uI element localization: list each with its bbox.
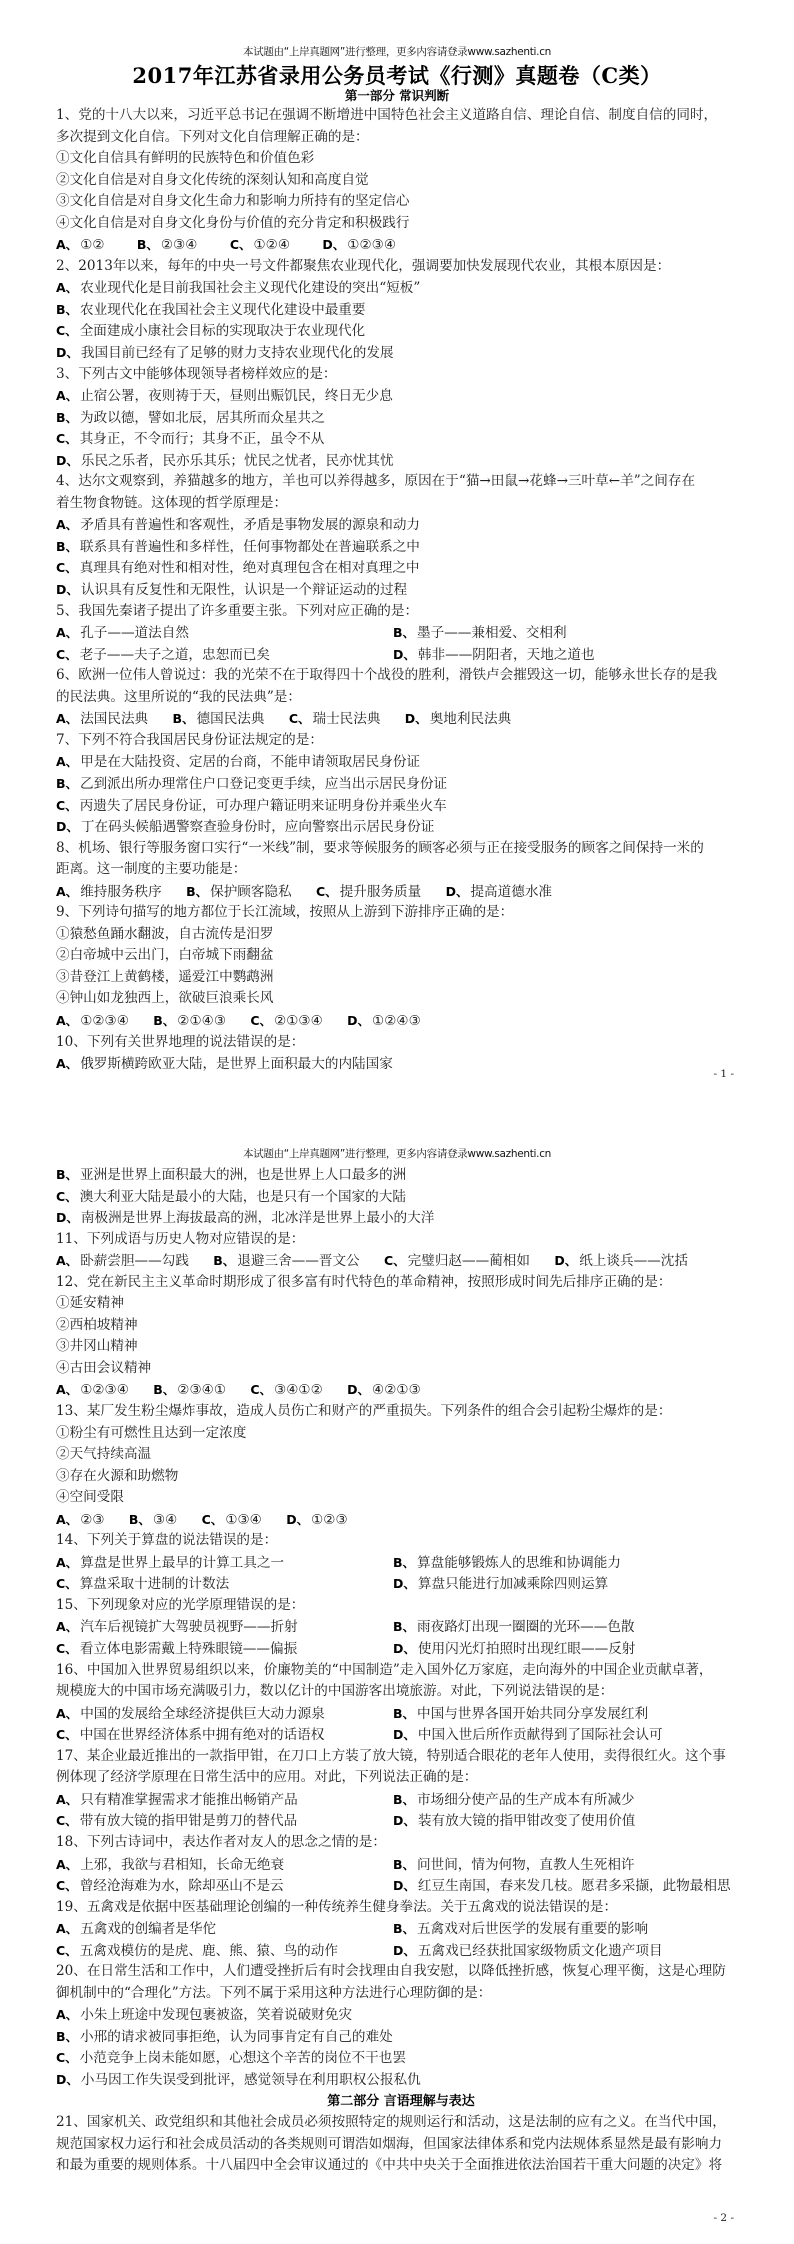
option-b: B、乙到派出所办理常住户口登记变更手续，应当出示居民身份证 (56, 773, 746, 795)
option-c: C、②①③④ (250, 1010, 322, 1033)
question-stem: 17、某企业最近推出的一款指甲钳，在刀口上方装了放大镜，特别适合眼花的老年人使用… (56, 1746, 746, 1768)
page-1: 本试题由“上岸真题网”进行整理，更多内容请登录www.sazhenti.cn 2… (0, 0, 794, 1122)
question-stem: 5、我国先秦诸子提出了许多重要主张。下列对应正确的是： (56, 601, 746, 623)
statement-item: ③昔登江上黄鹤楼，遥爱江中鹦鹉洲 (56, 967, 746, 989)
option-a: A、①②③④ (56, 1010, 129, 1033)
option-b: B、德国民法典 (172, 708, 264, 731)
option-b: B、②③④① (153, 1379, 226, 1402)
question-stem: 3、下列古文中能够体现领导者榜样效应的是： (56, 364, 746, 386)
statement-item: ②天气持续高温 (56, 1444, 746, 1466)
question-stem: 14、下列关于算盘的说法错误的是： (56, 1530, 746, 1552)
option-b: B、算盘能够锻炼人的思维和协调能力 (393, 1552, 730, 1574)
option-a: A、矛盾具有普遍性和客观性，矛盾是事物发展的源泉和动力 (56, 514, 746, 536)
site-header-note: 本试题由“上岸真题网”进行整理，更多内容请登录www.sazhenti.cn (0, 44, 794, 59)
question-stem: 的民法典。这里所说的“我的民法典”是： (56, 687, 746, 709)
options-row: A、中国的发展给全球经济提供巨大动力源泉 B、中国与世界各国开始共同分享发展红利 (56, 1703, 746, 1725)
question-18: 18、下列古诗词中，表达作者对友人的思念之情的是： A、上邪，我欲与君相知，长命… (56, 1832, 746, 1897)
option-a: A、俄罗斯横跨欧亚大陆，是世界上面积最大的内陆国家 (56, 1053, 746, 1075)
statement-item: ①粉尘有可燃性且达到一定浓度 (56, 1423, 746, 1445)
options-row: C、带有放大镜的指甲钳是剪刀的替代品 D、装有放大镜的指甲钳改变了使用价值 (56, 1810, 746, 1832)
statement-item: ②白帝城中云出门，白帝城下雨翻盆 (56, 945, 746, 967)
passage-line: 规范国家权力运行和社会成员活动的各类规则可谓浩如烟海，但国家法律体系和党内法规体… (56, 2134, 746, 2156)
question-stem: 2、2013年以来，每年的中央一号文件都聚焦农业现代化，强调要加快发展现代农业，… (56, 256, 746, 278)
question-3: 3、下列古文中能够体现领导者榜样效应的是： A、止宿公署，夜则祷于天，昼则出赈饥… (56, 364, 746, 472)
option-a: A、止宿公署，夜则祷于天，昼则出赈饥民，终日无少息 (56, 385, 746, 407)
question-stem: 距离。这一制度的主要功能是： (56, 859, 746, 881)
option-a: A、①② (56, 234, 105, 257)
statement-item: ②西柏坡精神 (56, 1315, 746, 1337)
option-d: D、④②①③ (347, 1379, 421, 1402)
option-a: A、①②③④ (56, 1379, 129, 1402)
option-a: A、法国民法典 (56, 708, 148, 731)
options-row: C、五禽戏模仿的是虎、鹿、熊、猿、鸟的动作 D、五禽戏已经获批国家级物质文化遗产… (56, 1940, 746, 1962)
option-d: D、中国入世后所作贡献得到了国际社会认可 (393, 1724, 730, 1746)
option-a: A、小朱上班途中发现包裹被盗，笑着说破财免灾 (56, 2004, 746, 2026)
option-c: C、看立体电影需戴上特殊眼镜——偏振 (56, 1638, 393, 1660)
section-heading-2: 第二部分 言语理解与表达 (56, 2091, 746, 2113)
question-10-continued: B、亚洲是世界上面积最大的洲，也是世界上人口最多的洲 C、澳大利亚大陆是最小的大… (56, 1164, 746, 1229)
options-row: C、老子——夫子之道，忠恕而已矣 D、韩非——阴阳者，天地之道也 (56, 644, 746, 666)
option-b: B、小邢的请求被同事拒绝，认为同事肯定有自己的难处 (56, 2026, 746, 2048)
question-stem: 8、机场、银行等服务窗口实行“一米线”制，要求等候服务的顾客必须与正在接受服务的… (56, 838, 746, 860)
option-b: B、②①④③ (153, 1010, 226, 1033)
question-5: 5、我国先秦诸子提出了许多重要主张。下列对应正确的是： A、孔子——道法自然 B… (56, 601, 746, 666)
option-d: D、红豆生南国，春来发几枝。愿君多采撷，此物最相思 (393, 1875, 730, 1897)
statement-item: ④古田会议精神 (56, 1358, 746, 1380)
answer-options: A、维持服务秩序 B、保护顾客隐私 C、提升服务质量 D、提高道德水准 (56, 881, 746, 903)
option-a: A、五禽戏的创编者是华佗 (56, 1918, 393, 1940)
question-stem: 16、中国加入世界贸易组织以来，价廉物美的“中国制造”走入国外亿万家庭，走向海外… (56, 1660, 746, 1682)
question-15: 15、下列现象对应的光学原理错误的是： A、汽车后视镜扩大驾驶员视野——折射 B… (56, 1595, 746, 1660)
page-2: 本试题由“上岸真题网”进行整理，更多内容请登录www.sazhenti.cn B… (0, 1122, 794, 2244)
answer-options: A、卧薪尝胆——勾践 B、退避三舍——晋文公 C、完璧归赵——蔺相如 D、纸上谈… (56, 1250, 746, 1272)
passage-line: 21、国家机关、政党组织和其他社会成员必须按照特定的规则运行和活动，这是法制的应… (56, 2112, 746, 2134)
option-c: C、提升服务质量 (316, 881, 421, 904)
option-b: B、中国与世界各国开始共同分享发展红利 (393, 1703, 730, 1725)
option-c: C、澳大利亚大陆是最小的大陆，也是只有一个国家的大陆 (56, 1186, 746, 1208)
option-c: C、其身正，不令而行；其身不正，虽令不从 (56, 428, 746, 450)
option-a: A、孔子——道法自然 (56, 622, 393, 644)
question-stem: 规模庞大的中国市场充满吸引力，数以亿计的中国游客出境旅游。对此，下列说法错误的是… (56, 1681, 746, 1703)
option-b: B、保护顾客隐私 (186, 881, 292, 904)
option-d: D、小马因工作失误受到批评，感觉领导在利用职权公报私仇 (56, 2069, 746, 2091)
question-stem: 11、下列成语与历史人物对应错误的是： (56, 1229, 746, 1251)
option-a: A、中国的发展给全球经济提供巨大动力源泉 (56, 1703, 393, 1725)
question-stem: 6、欧洲一位伟人曾说过：我的光荣不在于取得四十个战役的胜利，滑铁卢会摧毁这一切，… (56, 665, 746, 687)
question-stem: 20、在日常生活和工作中，人们遭受挫折后有时会找理由自我安慰，以降低挫折感，恢复… (56, 1961, 746, 1983)
question-stem: 15、下列现象对应的光学原理错误的是： (56, 1595, 746, 1617)
options-row: A、五禽戏的创编者是华佗 B、五禽戏对后世医学的发展有重要的影响 (56, 1918, 746, 1940)
option-a: A、甲是在大陆投资、定居的台商，不能申请领取居民身份证 (56, 751, 746, 773)
statement-item: ①猿愁鱼踊水翻波，自古流传是汨罗 (56, 924, 746, 946)
option-a: A、维持服务秩序 (56, 881, 162, 904)
option-b: B、联系具有普遍性和多样性，任何事物都处在普遍联系之中 (56, 536, 746, 558)
question-20: 20、在日常生活和工作中，人们遭受挫折后有时会找理由自我安慰，以降低挫折感，恢复… (56, 1961, 746, 2090)
question-stem: 1、党的十八大以来，习近平总书记在强调不断增进中国特色社会主义道路自信、理论自信… (56, 105, 746, 127)
option-c: C、丙遗失了居民身份证，可办理户籍证明来证明身份并乘坐火车 (56, 795, 746, 817)
options-row: C、曾经沧海难为水，除却巫山不是云 D、红豆生南国，春来发几枝。愿君多采撷，此物… (56, 1875, 746, 1897)
option-c: C、完璧归赵——蔺相如 (384, 1250, 530, 1273)
answer-options: A、法国民法典 B、德国民法典 C、瑞士民法典 D、奥地利民法典 (56, 708, 746, 730)
option-d: D、①②④③ (347, 1010, 421, 1033)
question-16: 16、中国加入世界贸易组织以来，价廉物美的“中国制造”走入国外亿万家庭，走向海外… (56, 1660, 746, 1746)
option-b: B、②③④ (137, 234, 198, 257)
option-b: B、为政以德，譬如北辰，居其所而众星共之 (56, 407, 746, 429)
answer-options: A、①② B、②③④ C、①②④ D、①②③④ (56, 234, 746, 256)
option-b: B、③④ (129, 1509, 177, 1532)
option-d: D、装有放大镜的指甲钳改变了使用价值 (393, 1810, 730, 1832)
options-row: C、算盘采取十进制的计数法 D、算盘只能进行加减乘除四则运算 (56, 1573, 746, 1595)
option-b: B、问世间，情为何物，直教人生死相许 (393, 1854, 730, 1876)
question-stem: 7、下列不符合我国居民身份证法规定的是： (56, 730, 746, 752)
question-10: 10、下列有关世界地理的说法错误的是： A、俄罗斯横跨欧亚大陆，是世界上面积最大… (56, 1032, 746, 1075)
statement-item: ③井冈山精神 (56, 1336, 746, 1358)
options-row: A、汽车后视镜扩大驾驶员视野——折射 B、雨夜路灯出现一圈圈的光环——色散 (56, 1616, 746, 1638)
option-c: C、①③④ (202, 1509, 262, 1532)
question-13: 13、某厂发生粉尘爆炸事故，造成人员伤亡和财产的严重损失。下列条件的组合会引起粉… (56, 1401, 746, 1530)
question-17: 17、某企业最近推出的一款指甲钳，在刀口上方装了放大镜，特别适合眼花的老年人使用… (56, 1746, 746, 1832)
question-8: 8、机场、银行等服务窗口实行“一米线”制，要求等候服务的顾客必须与正在接受服务的… (56, 838, 746, 903)
statement-item: ①文化自信具有鲜明的民族特色和价值色彩 (56, 148, 746, 170)
question-12: 12、党在新民主主义革命时期形成了很多富有时代特色的革命精神，按照形成时间先后排… (56, 1272, 746, 1401)
option-a: A、农业现代化是目前我国社会主义现代化建设的突出“短板” (56, 277, 746, 299)
question-stem: 例体现了经济学原理在日常生活中的应用。对此，下列说法正确的是： (56, 1767, 746, 1789)
question-stem: 4、达尔文观察到，养猫越多的地方，羊也可以养得越多，原因在于“猫→田鼠→花蜂→三… (56, 471, 746, 493)
question-stem: 多次提到文化自信。下列对文化自信理解正确的是： (56, 127, 746, 149)
passage-line: 和最为重要的规则体系。十八届四中全会审议通过的《中共中央关于全面推进依法治国若干… (56, 2155, 746, 2177)
option-c: C、真理具有绝对性和相对性，绝对真理包含在相对真理之中 (56, 557, 746, 579)
options-row: C、中国在世界经济体系中拥有绝对的话语权 D、中国入世后所作贡献得到了国际社会认… (56, 1724, 746, 1746)
answer-options: A、①②③④ B、②①④③ C、②①③④ D、①②④③ (56, 1010, 746, 1032)
option-d: D、①②③④ (322, 234, 396, 257)
option-d: D、算盘只能进行加减乘除四则运算 (393, 1573, 730, 1595)
option-a: A、汽车后视镜扩大驾驶员视野——折射 (56, 1616, 393, 1638)
option-b: B、雨夜路灯出现一圈圈的光环——色散 (393, 1616, 730, 1638)
question-stem: 18、下列古诗词中，表达作者对友人的思念之情的是： (56, 1832, 746, 1854)
answer-options: A、②③ B、③④ C、①③④ D、①②③ (56, 1509, 746, 1531)
statement-item: ①延安精神 (56, 1293, 746, 1315)
option-d: D、丁在码头候船遇警察查验身份时，应向警察出示居民身份证 (56, 816, 746, 838)
option-b: B、亚洲是世界上面积最大的洲，也是世界上人口最多的洲 (56, 1164, 746, 1186)
option-c: C、①②④ (230, 234, 290, 257)
options-row: A、算盘是世界上最早的计算工具之一 B、算盘能够锻炼人的思维和协调能力 (56, 1552, 746, 1574)
question-9: 9、下列诗句描写的地方都位于长江流域，按照从上游到下游排序正确的是： ①猿愁鱼踊… (56, 902, 746, 1031)
option-d: D、认识具有反复性和无限性，认识是一个辩证运动的过程 (56, 579, 746, 601)
option-c: C、老子——夫子之道，忠恕而已矣 (56, 644, 393, 666)
question-stem: 19、五禽戏是依据中医基础理论创编的一种传统养生健身拳法。关于五禽戏的说法错误的… (56, 1897, 746, 1919)
question-2: 2、2013年以来，每年的中央一号文件都聚焦农业现代化，强调要加快发展现代农业，… (56, 256, 746, 364)
option-c: C、五禽戏模仿的是虎、鹿、熊、猿、鸟的动作 (56, 1940, 393, 1962)
option-a: A、算盘是世界上最早的计算工具之一 (56, 1552, 393, 1574)
site-header-note: 本试题由“上岸真题网”进行整理，更多内容请登录www.sazhenti.cn (0, 1146, 794, 1161)
option-d: D、我国目前已经有了足够的财力支持农业现代化的发展 (56, 342, 746, 364)
page-number: - 1 - (714, 1068, 734, 1080)
option-b: B、农业现代化在我国社会主义现代化建设中最重要 (56, 299, 746, 321)
question-stem: 9、下列诗句描写的地方都位于长江流域，按照从上游到下游排序正确的是： (56, 902, 746, 924)
option-d: D、韩非——阴阳者，天地之道也 (393, 644, 730, 666)
statement-item: ④钟山如龙独西上，欲破巨浪乘长风 (56, 988, 746, 1010)
option-d: D、提高道德水准 (446, 881, 552, 904)
option-a: A、上邪，我欲与君相知，长命无绝衰 (56, 1854, 393, 1876)
option-d: D、奥地利民法典 (405, 708, 511, 731)
options-row: A、只有精准掌握需求才能推出畅销产品 B、市场细分使产品的生产成本有所减少 (56, 1789, 746, 1811)
option-c: C、全面建成小康社会目标的实现取决于农业现代化 (56, 320, 746, 342)
page-1-content: 1、党的十八大以来，习近平总书记在强调不断增进中国特色社会主义道路自信、理论自信… (56, 105, 746, 1075)
option-b: B、墨子——兼相爱、交相利 (393, 622, 730, 644)
section-heading-1: 第一部分 常识判断 (0, 86, 794, 104)
option-b: B、五禽戏对后世医学的发展有重要的影响 (393, 1918, 730, 1940)
option-c: C、带有放大镜的指甲钳是剪刀的替代品 (56, 1810, 393, 1832)
page-2-content: B、亚洲是世界上面积最大的洲，也是世界上人口最多的洲 C、澳大利亚大陆是最小的大… (56, 1164, 746, 2177)
statement-item: ③存在火源和助燃物 (56, 1466, 746, 1488)
statement-item: ④文化自信是对自身文化身份与价值的充分肯定和积极践行 (56, 213, 746, 235)
question-stem: 10、下列有关世界地理的说法错误的是： (56, 1032, 746, 1054)
statement-item: ③文化自信是对自身文化生命力和影响力所持有的坚定信心 (56, 191, 746, 213)
question-7: 7、下列不符合我国居民身份证法规定的是： A、甲是在大陆投资、定居的台商，不能申… (56, 730, 746, 838)
option-d: D、五禽戏已经获批国家级物质文化遗产项目 (393, 1940, 730, 1962)
option-d: D、乐民之乐者，民亦乐其乐；忧民之忧者，民亦忧其忧 (56, 450, 746, 472)
question-11: 11、下列成语与历史人物对应错误的是： A、卧薪尝胆——勾践 B、退避三舍——晋… (56, 1229, 746, 1272)
options-row: C、看立体电影需戴上特殊眼镜——偏振 D、使用闪光灯拍照时出现红眼——反射 (56, 1638, 746, 1660)
option-c: C、算盘采取十进制的计数法 (56, 1573, 393, 1595)
page-number: - 2 - (714, 2212, 734, 2224)
question-19: 19、五禽戏是依据中医基础理论创编的一种传统养生健身拳法。关于五禽戏的说法错误的… (56, 1897, 746, 1962)
option-a: A、只有精准掌握需求才能推出畅销产品 (56, 1789, 393, 1811)
statement-item: ④空间受限 (56, 1487, 746, 1509)
option-d: D、南极洲是世界上海拔最高的洲，北冰洋是世界上最小的大洋 (56, 1207, 746, 1229)
option-a: A、②③ (56, 1509, 105, 1532)
option-b: B、退避三舍——晋文公 (213, 1250, 359, 1273)
options-row: A、孔子——道法自然 B、墨子——兼相爱、交相利 (56, 622, 746, 644)
question-14: 14、下列关于算盘的说法错误的是： A、算盘是世界上最早的计算工具之一 B、算盘… (56, 1530, 746, 1595)
option-b: B、市场细分使产品的生产成本有所减少 (393, 1789, 730, 1811)
option-a: A、卧薪尝胆——勾践 (56, 1250, 189, 1273)
question-4: 4、达尔文观察到，养猫越多的地方，羊也可以养得越多，原因在于“猫→田鼠→花蜂→三… (56, 471, 746, 600)
option-d: D、使用闪光灯拍照时出现红眼——反射 (393, 1638, 730, 1660)
answer-options: A、①②③④ B、②③④① C、③④①② D、④②①③ (56, 1379, 746, 1401)
option-c: C、③④①② (250, 1379, 322, 1402)
question-21: 21、国家机关、政党组织和其他社会成员必须按照特定的规则运行和活动，这是法制的应… (56, 2112, 746, 2177)
option-c: C、中国在世界经济体系中拥有绝对的话语权 (56, 1724, 393, 1746)
option-d: D、纸上谈兵——沈括 (554, 1250, 688, 1273)
question-1: 1、党的十八大以来，习近平总书记在强调不断增进中国特色社会主义道路自信、理论自信… (56, 105, 746, 256)
question-stem: 12、党在新民主主义革命时期形成了很多富有时代特色的革命精神，按照形成时间先后排… (56, 1272, 746, 1294)
option-d: D、①②③ (286, 1509, 347, 1532)
statement-item: ②文化自信是对自身文化传统的深刻认知和高度自觉 (56, 170, 746, 192)
question-stem: 13、某厂发生粉尘爆炸事故，造成人员伤亡和财产的严重损失。下列条件的组合会引起粉… (56, 1401, 746, 1423)
option-c: C、曾经沧海难为水，除却巫山不是云 (56, 1875, 393, 1897)
question-stem: 着生物食物链。这体现的哲学原理是： (56, 493, 746, 515)
option-c: C、小范竞争上岗未能如愿，心想这个辛苦的岗位不干也罢 (56, 2047, 746, 2069)
question-stem: 御机制中的“合理化”方法。下列不属于采用这种方法进行心理防御的是： (56, 1983, 746, 2005)
option-c: C、瑞士民法典 (289, 708, 381, 731)
options-row: A、上邪，我欲与君相知，长命无绝衰 B、问世间，情为何物，直教人生死相许 (56, 1854, 746, 1876)
question-6: 6、欧洲一位伟人曾说过：我的光荣不在于取得四十个战役的胜利，滑铁卢会摧毁这一切，… (56, 665, 746, 730)
